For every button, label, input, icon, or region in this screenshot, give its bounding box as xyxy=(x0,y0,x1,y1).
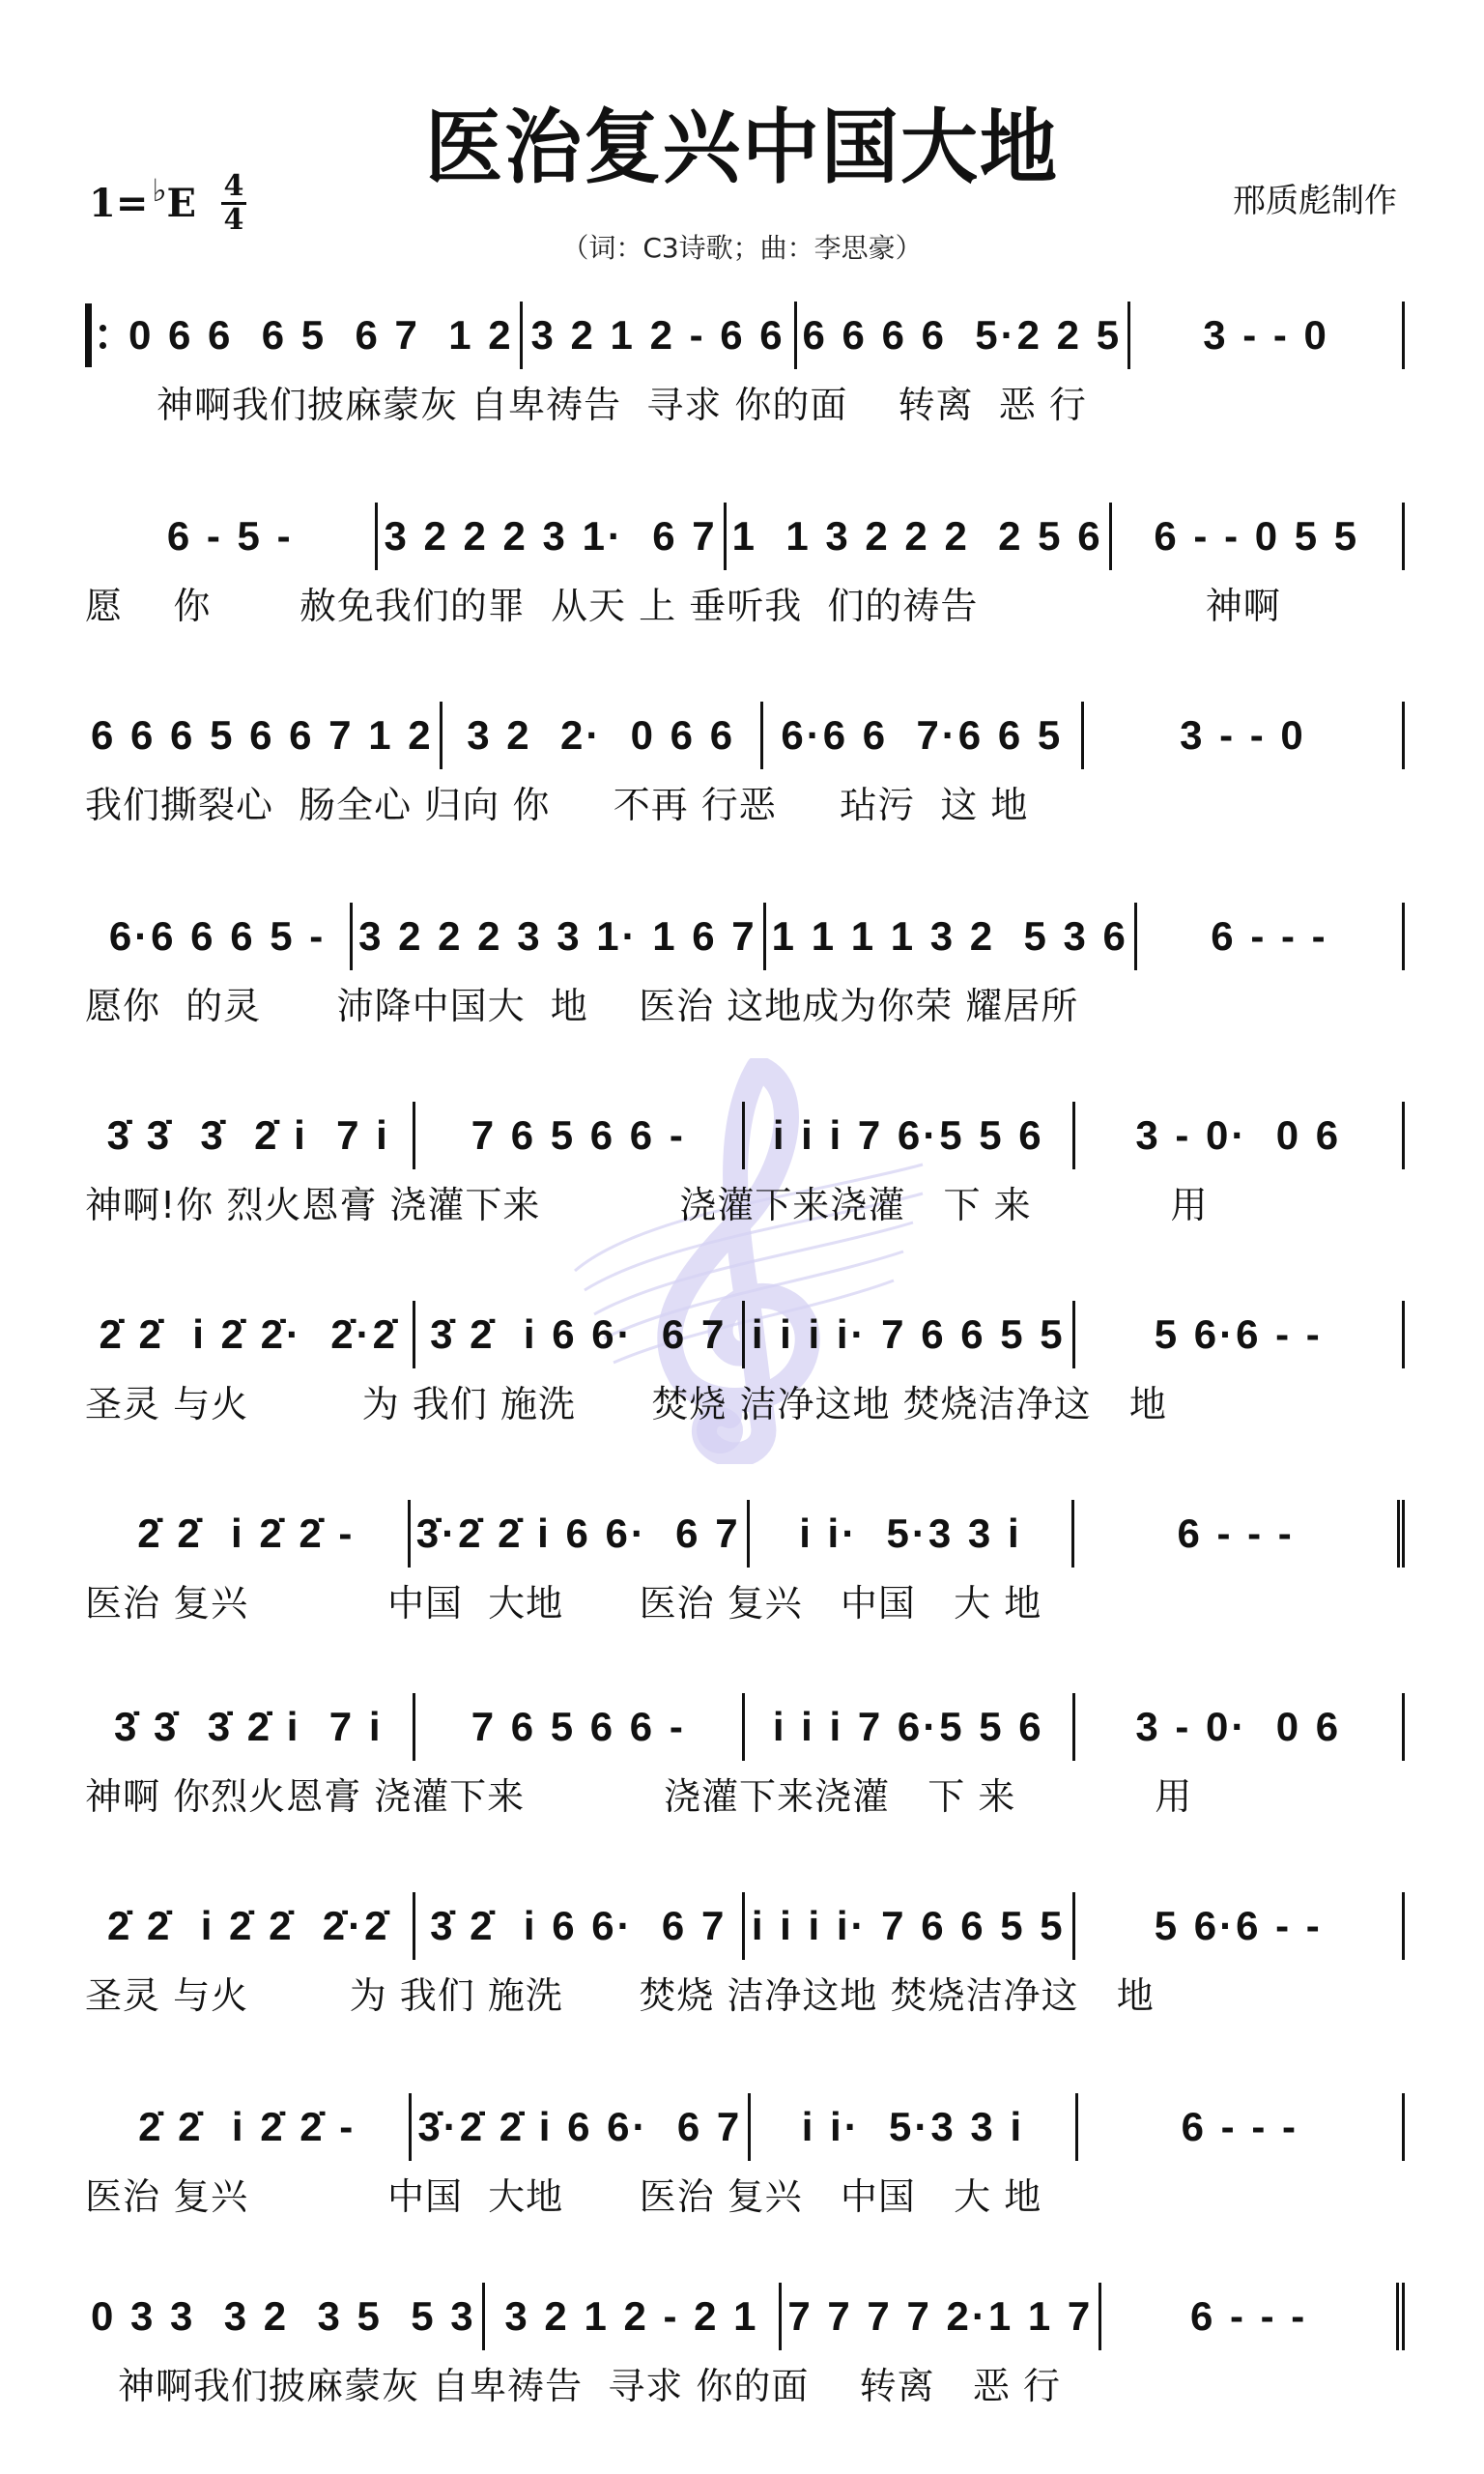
measure: 1 1 3 2 2 2 2 5 6 xyxy=(727,503,1112,570)
measure: 6·6 6 6 5 - xyxy=(85,903,353,970)
measure: 0 6 6 6 5 6 7 1 2 xyxy=(123,302,523,369)
staff-row-2: 6 - 5 - 3 2 2 2 3 1· 6 7 1 1 3 2 2 2 2 5… xyxy=(85,503,1405,618)
measure: 3 - 0· 0 6 xyxy=(1075,1693,1406,1761)
arranger-credit: 邢质彪制作 xyxy=(1233,174,1397,221)
flat-icon: ♭ xyxy=(152,172,166,209)
lyrics-line: 圣灵 与火 为 我们 施洗 焚烧 洁净这地 焚烧洁净这 地 xyxy=(85,1374,1405,1427)
staff-row-3: 6 6 6 5 6 6 7 1 2 3 2 2· 0 6 6 6·6 6 7·6… xyxy=(85,702,1405,818)
measure: 2̇ 2̇ i 2̇ 2̇ - xyxy=(85,1500,411,1568)
lyrics-line: 医治 复兴 中国 大地 医治 复兴 中国 大 地 xyxy=(85,1573,1405,1626)
measure: i i i i· 7 6 6 5 5 xyxy=(745,1301,1075,1368)
lyrics-line: 圣灵 与火 为 我们 施洗 焚烧 洁净这地 焚烧洁净这 地 xyxy=(85,1966,1405,2019)
measure: 3 - - 0 xyxy=(1084,702,1405,769)
measure: 3 - 0· 0 6 xyxy=(1075,1102,1406,1169)
measure: 3̇ 3̇ 3̇ 2̇ i 7 i xyxy=(85,1693,415,1761)
measure: 0 3 3 3 2 3 5 5 3 xyxy=(85,2283,485,2350)
measure: 3̇ 2̇ i 6 6· 6 7 xyxy=(415,1892,746,1960)
lyrics-line: 神啊我们披麻蒙灰 自卑祷告 寻求 你的面 转离 恶 行 xyxy=(118,2356,1438,2409)
measure: 3 2 1 2 - 6 6 xyxy=(523,302,797,369)
measure: i i· 5·3 3 i xyxy=(751,2093,1077,2161)
lyrics-line: 神啊 你烈火恩膏 浇灌下来 浇灌下来浇灌 下 来 用 xyxy=(85,1767,1405,1820)
measure: 1 1 1 1 3 2 5 3 6 xyxy=(766,903,1137,970)
key-note: E xyxy=(166,181,196,226)
measure: 6 - - - xyxy=(1137,903,1405,970)
measure: 6·6 6 7·6 6 5 xyxy=(763,702,1084,769)
measure: i i i i· 7 6 6 5 5 xyxy=(745,1892,1075,1960)
staff-row-1: 0 6 6 6 5 6 7 1 2 3 2 1 2 - 6 6 6 6 6 6 … xyxy=(85,302,1405,417)
staff-row-10: 2̇ 2̇ i 2̇ 2̇ - 3̇·2̇ 2̇ i 6 6· 6 7 i i·… xyxy=(85,2093,1405,2209)
lyrics-line: 愿你 的灵 沛降中国大 地 医治 这地成为你荣 耀居所 xyxy=(85,976,1405,1029)
measure: 3 2 2· 0 6 6 xyxy=(442,702,763,769)
measure: 2̇ 2̇ i 2̇ 2̇ - xyxy=(85,2093,412,2161)
measure: 3̇ 3̇ 3̇ 2̇ i 7 i xyxy=(85,1102,415,1169)
measure: 6 - - 0 5 5 xyxy=(1112,503,1405,570)
staff-row-9: 2̇ 2̇ i 2̇ 2̇ 2̇·2̇ 3̇ 2̇ i 6 6· 6 7 i i… xyxy=(85,1892,1405,2008)
measure: 3̇·2̇ 2̇ i 6 6· 6 7 xyxy=(412,2093,751,2161)
lyrics-line: 我们撕裂心 肠全心 归向 你 不再 行恶 玷污 这 地 xyxy=(85,775,1405,828)
staff-row-6: 2̇ 2̇ i 2̇ 2̇· 2̇·2̇ 3̇ 2̇ i 6 6· 6 7 i … xyxy=(85,1301,1405,1417)
measure: i i· 5·3 3 i xyxy=(750,1500,1075,1568)
measure: 7 6 5 6 6 - xyxy=(415,1102,746,1169)
measure: 7 6 5 6 6 - xyxy=(415,1693,746,1761)
repeat-start-barline xyxy=(85,303,117,367)
measure: 7 7 7 7 2·1 1 7 xyxy=(782,2283,1101,2350)
lyrics-line: 神啊!你 烈火恩膏 浇灌下来 浇灌下来浇灌 下 来 用 xyxy=(85,1175,1405,1228)
time-signature: 4 4 xyxy=(221,172,246,235)
measure: 3 - - 0 xyxy=(1130,302,1405,369)
lyricist-composer: （词：C3诗歌；曲：李思豪） xyxy=(0,227,1484,266)
measure: 2̇ 2̇ i 2̇ 2̇· 2̇·2̇ xyxy=(85,1301,415,1368)
measure: 6 - 5 - xyxy=(85,503,378,570)
key-prefix: 1= xyxy=(89,181,148,226)
measure: 5 6·6 - - xyxy=(1075,1892,1406,1960)
staff-row-8: 3̇ 3̇ 3̇ 2̇ i 7 i 7 6 5 6 6 - i i i 7 6·… xyxy=(85,1693,1405,1809)
staff-row-5: 3̇ 3̇ 3̇ 2̇ i 7 i 7 6 5 6 6 - i i i 7 6·… xyxy=(85,1102,1405,1218)
lyrics-line: 愿 你 赦免我们的罪 从天 上 垂听我 们的祷告 神啊 xyxy=(85,576,1405,629)
measure: 5 6·6 - - xyxy=(1075,1301,1406,1368)
measure: 6 6 6 5 6 6 7 1 2 xyxy=(85,702,442,769)
measure: 3 2 2 2 3 1· 6 7 xyxy=(378,503,726,570)
staff-row-7: 2̇ 2̇ i 2̇ 2̇ - 3̇·2̇ 2̇ i 6 6· 6 7 i i·… xyxy=(85,1500,1405,1616)
measure-repeat-end: 6 - - - xyxy=(1074,1500,1405,1568)
measure-final: 6 - - - xyxy=(1101,2283,1405,2350)
measure: 3̇ 2̇ i 6 6· 6 7 xyxy=(415,1301,746,1368)
meter-top: 4 xyxy=(224,172,244,201)
measure: i i i 7 6·5 5 6 xyxy=(745,1102,1075,1169)
lyrics-line: 神啊我们披麻蒙灰 自卑祷告 寻求 你的面 转离 恶 行 xyxy=(157,375,1476,428)
measure: 6 6 6 6 5·2 2 5 xyxy=(797,302,1131,369)
staff-row-4: 6·6 6 6 5 - 3 2 2 2 3 3 1· 1 6 7 1 1 1 1… xyxy=(85,903,1405,1019)
key-signature: 1= ♭ E 4 4 xyxy=(89,172,246,235)
measure: 3̇·2̇ 2̇ i 6 6· 6 7 xyxy=(411,1500,750,1568)
measure: 2̇ 2̇ i 2̇ 2̇ 2̇·2̇ xyxy=(85,1892,415,1960)
lyrics-line: 医治 复兴 中国 大地 医治 复兴 中国 大 地 xyxy=(85,2167,1405,2220)
staff-row-11: 0 3 3 3 2 3 5 5 3 3 2 1 2 - 2 1 7 7 7 7 … xyxy=(85,2283,1405,2399)
measure: 6 - - - xyxy=(1078,2093,1405,2161)
measure: i i i 7 6·5 5 6 xyxy=(745,1693,1075,1761)
measure: 3 2 1 2 - 2 1 xyxy=(485,2283,783,2350)
measure: 3 2 2 2 3 3 1· 1 6 7 xyxy=(353,903,766,970)
